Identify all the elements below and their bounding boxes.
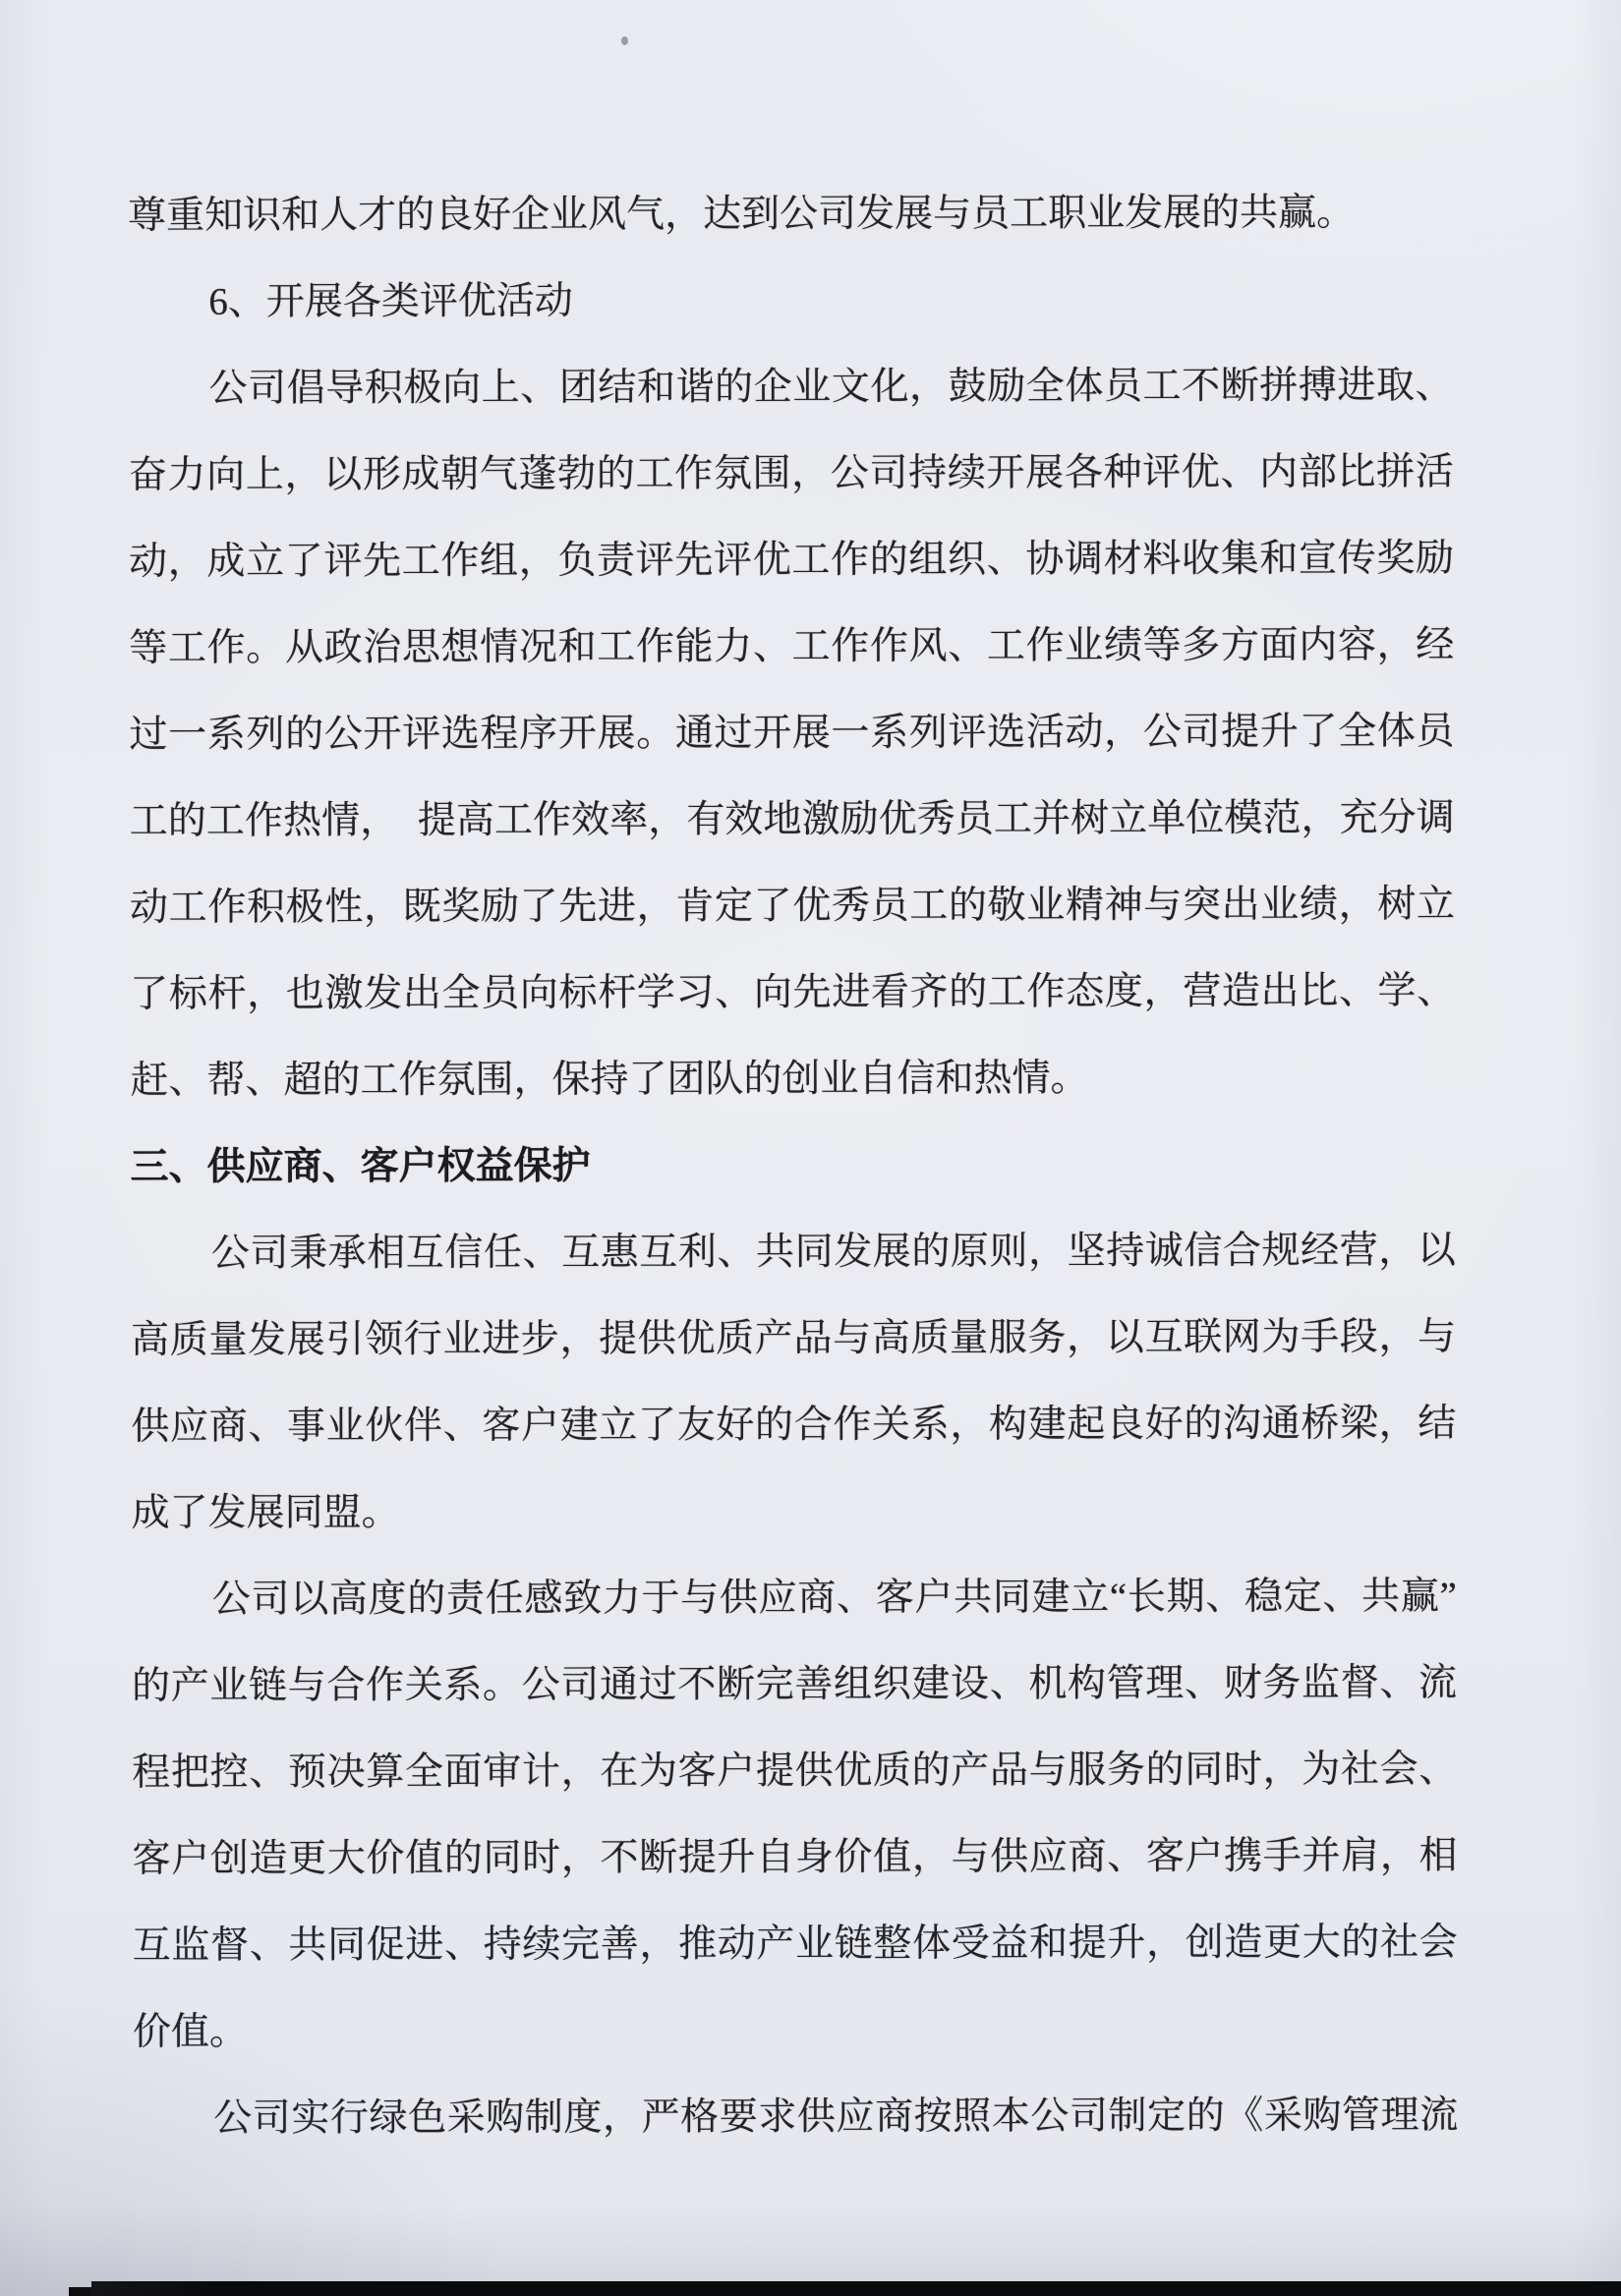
document-text-block: 尊重知识和人才的良好企业风气，达到公司发展与员工职业发展的共赢。 6、开展各类评… bbox=[128, 169, 1458, 2162]
text-line: 奋力向上，以形成朝气蓬勃的工作氛围，公司持续开展各种评优、内部比拼活 bbox=[129, 429, 1454, 519]
scan-speck-artifact bbox=[621, 36, 628, 45]
text-line: 过一系列的公开评选程序开展。通过开展一系列评选活动，公司提升了全体员 bbox=[129, 688, 1454, 778]
text-line: 供应商、事业伙伴、客户建立了友好的合作关系，构建起良好的沟通桥梁，结 bbox=[131, 1380, 1456, 1470]
scan-bottom-artifact bbox=[91, 2281, 1621, 2296]
text-line: 尊重知识和人才的良好企业风气，达到公司发展与员工职业发展的共赢。 bbox=[128, 169, 1453, 259]
text-line: 公司倡导积极向上、团结和谐的企业文化，鼓励全体员工不断拼搏进取、 bbox=[128, 342, 1453, 432]
text-line: 程把控、预决算全面审计，在为客户提供优质的产品与服务的同时，为社会、 bbox=[132, 1726, 1457, 1816]
text-line: 公司以高度的责任感致力于与供应商、客户共同建立“长期、稳定、共赢” bbox=[132, 1553, 1457, 1643]
text-line: 成了发展同盟。 bbox=[131, 1466, 1456, 1557]
text-line: 公司秉承相互信任、互惠互利、共同发展的原则，坚持诚信合规经营，以 bbox=[131, 1207, 1456, 1297]
list-item-heading: 6、开展各类评优活动 bbox=[128, 256, 1453, 346]
text-line: 价值。 bbox=[133, 1985, 1458, 2076]
section-heading: 三、供应商、客户权益保护 bbox=[131, 1120, 1456, 1211]
document-page: 尊重知识和人才的良好企业风气，达到公司发展与员工职业发展的共赢。 6、开展各类评… bbox=[0, 0, 1621, 2296]
text-line: 了标杆，也激发出全员向标杆学习、向先进看齐的工作态度，营造出比、学、 bbox=[130, 947, 1455, 1038]
text-line: 动工作积极性，既奖励了先进，肯定了优秀员工的敬业精神与突出业绩，树立 bbox=[130, 861, 1455, 951]
text-line: 高质量发展引领行业进步，提供优质产品与高质量服务，以互联网为手段，与 bbox=[131, 1293, 1456, 1384]
text-line: 互监督、共同促进、持续完善，推动产业链整体受益和提升，创造更大的社会 bbox=[133, 1899, 1458, 1989]
text-line: 等工作。从政治思想情况和工作能力、工作作风、工作业绩等多方面内容，经 bbox=[129, 602, 1454, 692]
text-line: 工的工作热情， 提高工作效率，有效地激励优秀员工并树立单位模范，充分调 bbox=[130, 775, 1455, 865]
text-line: 动，成立了评先工作组，负责评先评优工作的组织、协调材料收集和宣传奖励 bbox=[129, 515, 1454, 605]
text-line: 客户创造更大价值的同时，不断提升自身价值，与供应商、客户携手并肩，相 bbox=[132, 1812, 1457, 1903]
text-line: 的产业链与合作关系。公司通过不断完善组织建设、机构管理、财务监督、流 bbox=[132, 1639, 1457, 1730]
text-line: 赶、帮、超的工作氛围，保持了团队的创业自信和热情。 bbox=[130, 1034, 1455, 1124]
text-line: 公司实行绿色采购制度，严格要求供应商按照本公司制定的《采购管理流 bbox=[133, 2072, 1458, 2162]
